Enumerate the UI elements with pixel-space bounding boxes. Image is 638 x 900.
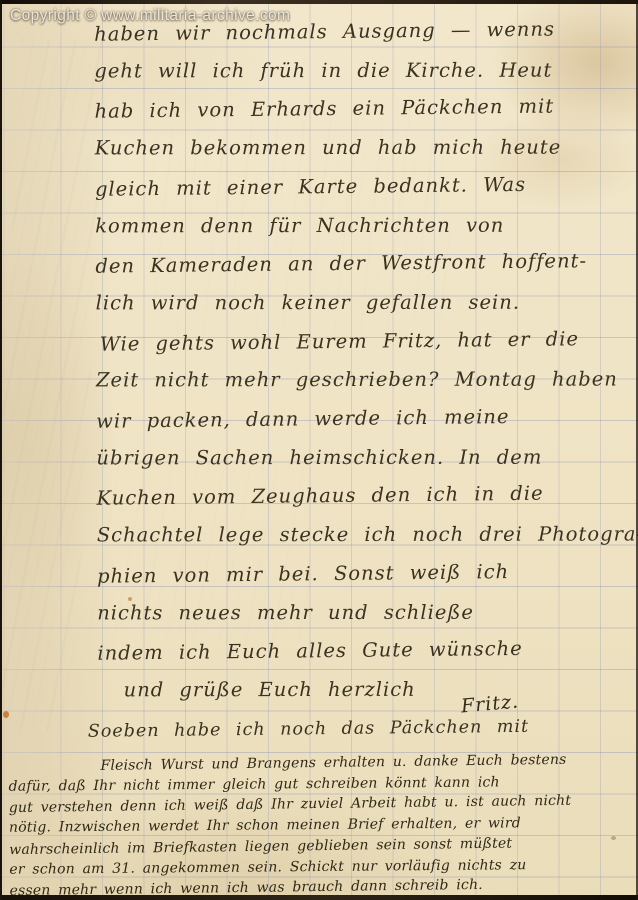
letter-line: Zeit nicht mehr geschrieben? Montag habe… [96,361,576,401]
letter-line: Schachtel lege stecke ich noch drei Phot… [97,516,577,556]
letter-line: nichts neues mehr und schließe [97,593,577,633]
letter-postscript: Fleisch Wurst und Brangens erhalten u. d… [8,750,635,900]
letter-line: indem ich Euch alles Gute wünsche [97,630,577,674]
letter-line: kommen denn für Nachrichten von [95,206,575,246]
letter-line: wir packen, dann werde ich meine [96,397,576,441]
foxing-spot [3,711,9,718]
scan-edge-bottom [0,895,638,900]
scan-edge-top [0,0,638,4]
letter-line: haben wir nochmals Ausgang — wenns [94,10,574,54]
letter-line: geht will ich früh in die Kirche. Heut [94,51,574,91]
letter-line: hab ich von Erhards ein Päckchen mit [94,88,574,132]
letter-line: phien von mir bei. Sonst weiß ich [97,552,577,596]
letter-line: lich wird noch keiner gefallen sein. [96,284,576,324]
letter-line: übrigen Sachen heimschicken. In dem [96,438,576,478]
scan-edge-left [0,0,2,900]
letter-line: Kuchen bekommen und hab mich heute [95,129,575,169]
letter-body: haben wir nochmals Ausgang — wenns geht … [94,12,578,750]
letter-line: Wie gehts wohl Eurem Fritz, hat er die [100,320,576,364]
letter-line: gleich mit einer Karte bedankt. Was [95,165,575,209]
scanned-letter-page: { "watermark": { "text": "Copyright © ww… [0,0,638,900]
letter-line: den Kameraden an der Westfront hoffent- [95,242,575,286]
letter-line: Kuchen vom Zeughaus den ich in die [96,475,576,519]
